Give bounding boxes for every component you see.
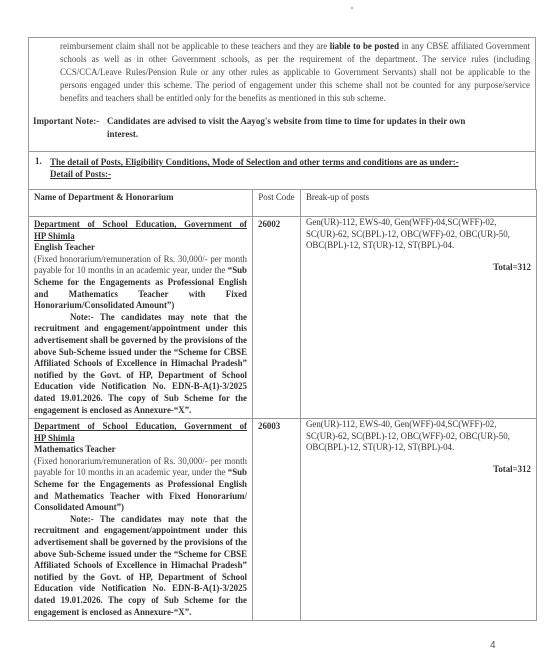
honorarium-description: (Fixed honorarium/remuneration of Rs. 30… bbox=[34, 456, 247, 514]
breakup-cell: Gen(UR)-112, EWS-40, Gen(WFF)-04,SC(WFF)… bbox=[301, 419, 537, 621]
section-subtitle: Detail of Posts:- bbox=[50, 169, 111, 179]
scan-speck bbox=[351, 7, 353, 9]
table-row: Department of School Education, Governme… bbox=[29, 419, 537, 621]
header-breakup: Break-up of posts bbox=[301, 190, 537, 217]
header-department: Name of Department & Honorarium bbox=[29, 190, 253, 217]
paragraph-bold-text: liable to be posted bbox=[330, 41, 399, 51]
note-body: The candidates may note that the recruit… bbox=[34, 514, 247, 617]
post-role: English Teacher bbox=[34, 242, 247, 254]
important-note-label: Important Note:- bbox=[33, 115, 99, 128]
paragraph-text: reimbursement claim shall not be applica… bbox=[60, 41, 330, 51]
posts-table: Name of Department & Honorarium Post Cod… bbox=[28, 189, 537, 621]
table-header-row: Name of Department & Honorarium Post Cod… bbox=[29, 190, 537, 217]
note-label: Note:- bbox=[70, 514, 94, 524]
section-title: The detail of Posts, Eligibility Conditi… bbox=[50, 157, 459, 167]
note-label: Note:- bbox=[70, 312, 94, 322]
service-rules-paragraph: reimbursement claim shall not be applica… bbox=[60, 40, 530, 105]
department-name: Department of School Education, Governme… bbox=[34, 421, 247, 433]
note-body: The candidates may note that the recruit… bbox=[34, 312, 247, 415]
header-post-code: Post Code bbox=[253, 190, 301, 217]
important-note-text: Candidates are advised to visit the Aayo… bbox=[107, 115, 532, 128]
department-location: HP Shimla bbox=[34, 433, 247, 445]
post-role: Mathematics Teacher bbox=[34, 444, 247, 456]
honorarium-text: (Fixed honorarium/remuneration of Rs. 30… bbox=[34, 254, 247, 276]
important-note-text-cont: interest. bbox=[107, 128, 138, 141]
table-row: Department of School Education, Governme… bbox=[29, 217, 537, 419]
department-cell: Department of School Education, Governme… bbox=[29, 419, 253, 621]
honorarium-text: (Fixed honorarium/remuneration of Rs. 30… bbox=[34, 456, 247, 478]
post-code: 26003 bbox=[253, 419, 301, 621]
page-number: 4 bbox=[490, 640, 496, 651]
honorarium-description: (Fixed honorarium/remuneration of Rs. 30… bbox=[34, 254, 247, 312]
breakup-total: Total=312 bbox=[306, 464, 531, 476]
section-heading: The detail of Posts, Eligibility Conditi… bbox=[50, 156, 459, 180]
note-text: Note:- The candidates may note that the … bbox=[34, 312, 247, 416]
department-name: Department of School Education, Governme… bbox=[34, 219, 247, 231]
note-text: Note:- The candidates may note that the … bbox=[34, 514, 247, 618]
department-location: HP Shimla bbox=[34, 231, 247, 243]
breakup-text: Gen(UR)-112, EWS-40, Gen(WFF)-04,SC(WFF)… bbox=[306, 217, 510, 250]
breakup-text: Gen(UR)-112, EWS-40, Gen(WFF)-04,SC(WFF)… bbox=[306, 419, 510, 452]
department-cell: Department of School Education, Governme… bbox=[29, 217, 253, 419]
post-code: 26002 bbox=[253, 217, 301, 419]
breakup-cell: Gen(UR)-112, EWS-40, Gen(WFF)-04,SC(WFF)… bbox=[301, 217, 537, 419]
section-number: 1. bbox=[35, 156, 42, 166]
document-page: reimbursement claim shall not be applica… bbox=[0, 0, 554, 658]
breakup-total: Total=312 bbox=[306, 262, 531, 274]
